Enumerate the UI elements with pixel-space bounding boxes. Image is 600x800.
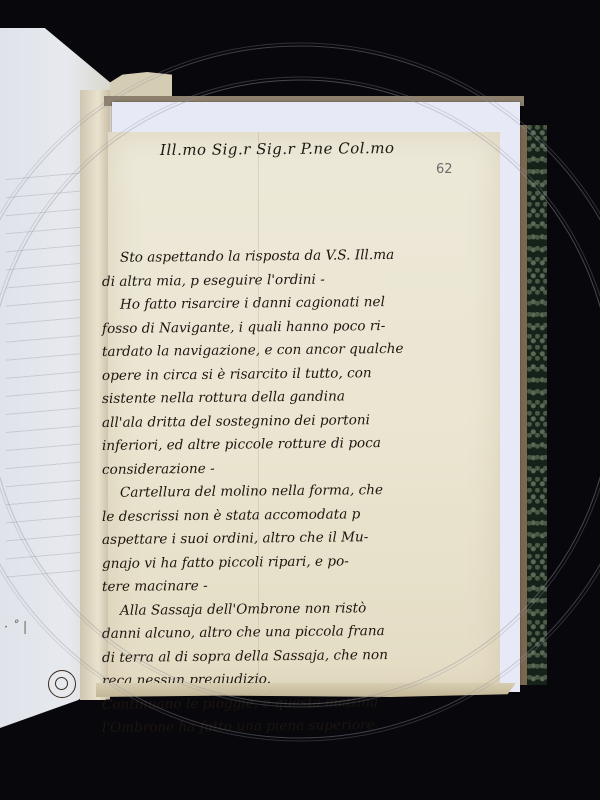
text-line: danni alcuno, altro che una piccola fran… xyxy=(102,619,492,647)
letter-body: Sto aspettando la risposta da V.S. Ill.m… xyxy=(102,247,492,741)
text-line: sistente nella rottura della gandina xyxy=(102,384,492,412)
text-line: tardato la navigazione, e con ancor qual… xyxy=(102,337,492,365)
text-line: inferiori, ed altre piccole rotture di p… xyxy=(102,431,492,459)
manuscript-letter: Ill.mo Sig.r Sig.r P.ne Col.mo 62 Sto as… xyxy=(108,132,500,690)
marbled-spine xyxy=(527,125,547,685)
text-line: Ho fatto risarcire i danni cagionati nel xyxy=(102,290,492,318)
text-line: aspettare i suoi ordini, altro che il Mu… xyxy=(102,525,492,553)
torn-paper-edge xyxy=(110,72,172,98)
text-line: Cartellura del molino nella forma, che xyxy=(102,478,492,506)
document-bottom-edge xyxy=(96,683,516,697)
archival-scan: · ˚ | Ill.mo Sig.r Sig.r P.ne Col.mo 62 … xyxy=(0,0,600,800)
text-line: l'Ombrone ha fatto una piena superiore xyxy=(102,713,492,741)
text-line: Sto aspettando la risposta da V.S. Ill.m… xyxy=(102,243,492,271)
text-line: tere macinare - xyxy=(102,572,492,600)
letter-salutation: Ill.mo Sig.r Sig.r P.ne Col.mo xyxy=(160,139,395,159)
seal-stamp-icon xyxy=(48,670,76,698)
folio-number: 62 xyxy=(436,162,453,177)
